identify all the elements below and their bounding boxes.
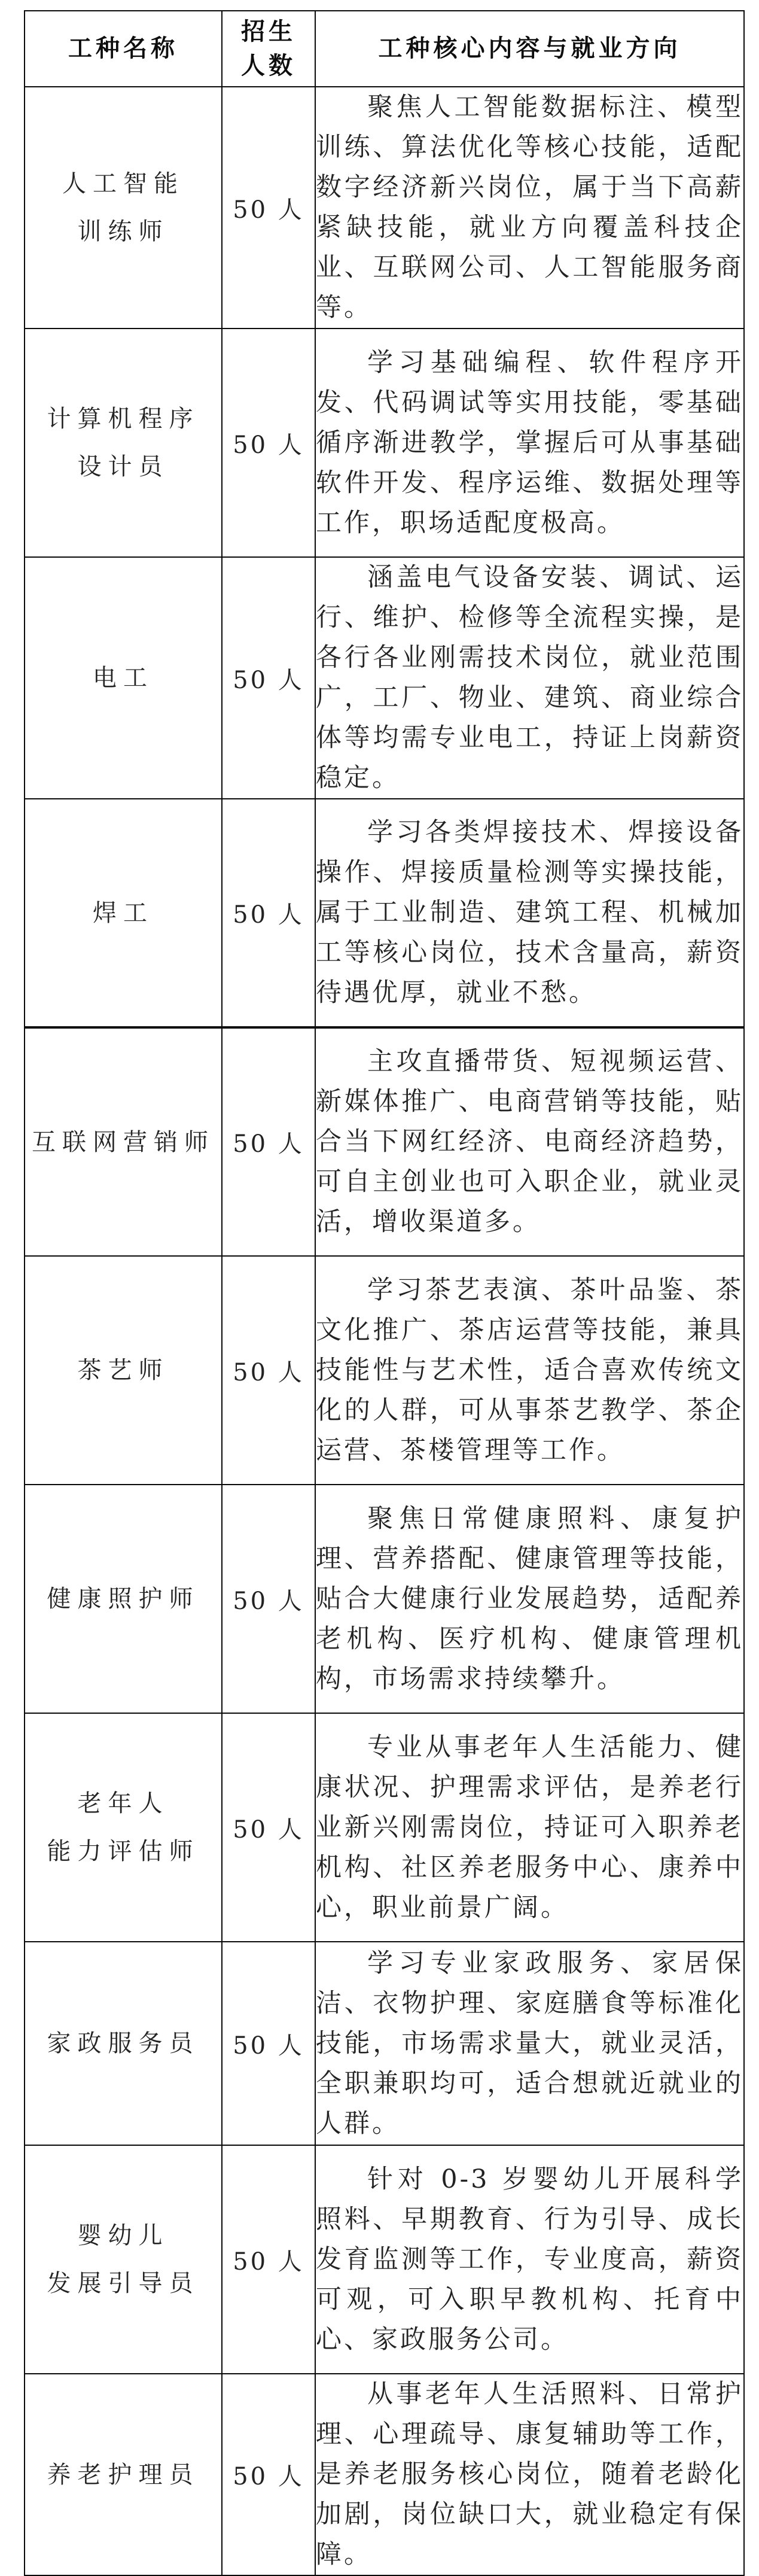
table-row: 老年人 能力评估师 50 人 专业从事老年人生活能力、健康状况、护理需求评估，是…: [25, 1713, 744, 1942]
job-name-cell: 养老护理员: [25, 2374, 222, 2575]
header-job-name: 工种名称: [25, 11, 222, 87]
table-row: 计算机程序 设计员 50 人 学习基础编程、软件程序开发、代码调试等实用技能，零…: [25, 329, 744, 557]
job-name-cell: 婴幼儿 发展引导员: [25, 2145, 222, 2374]
description-cell: 聚焦日常健康照料、康复护理、营养搭配、健康管理等技能，贴合大健康行业发展趋势，适…: [315, 1485, 744, 1713]
description-cell: 主攻直播带货、短视频运营、新媒体推广、电商营销等技能，贴合当下网红经济、电商经济…: [315, 1027, 744, 1256]
job-name-cell: 健康照护师: [25, 1485, 222, 1713]
job-name-cell: 茶艺师: [25, 1256, 222, 1485]
description-cell: 学习茶艺表演、茶叶品鉴、茶文化推广、茶店运营等技能，兼具技能性与艺术性，适合喜欢…: [315, 1256, 744, 1485]
enrollment-cell: 50 人: [222, 1942, 315, 2145]
table-body: 人工智能 训练师 50 人 聚焦人工智能数据标注、模型训练、算法优化等核心技能，…: [25, 87, 744, 2575]
description-cell: 针对 0-3 岁婴幼儿开展科学照料、早期教育、行为引导、成长发育监测等工作，专业…: [315, 2145, 744, 2374]
document-sheet: 工种名称 招生 人数 工种核心内容与就业方向 人工智能 训练师 50 人 聚焦人…: [24, 10, 745, 2576]
table-row: 家政服务员 50 人 学习专业家政服务、家居保洁、衣物护理、家庭膳食等标准化技能…: [25, 1942, 744, 2145]
table-row: 焊工 50 人 学习各类焊接技术、焊接设备操作、焊接质量检测等实操技能，属于工业…: [25, 799, 744, 1027]
enrollment-cell: 50 人: [222, 1027, 315, 1256]
table-row: 养老护理员 50 人 从事老年人生活照料、日常护理、心理疏导、康复辅助等工作，是…: [25, 2374, 744, 2575]
description-cell: 学习专业家政服务、家居保洁、衣物护理、家庭膳食等标准化技能，市场需求量大，就业灵…: [315, 1942, 744, 2145]
table-row: 婴幼儿 发展引导员 50 人 针对 0-3 岁婴幼儿开展科学照料、早期教育、行为…: [25, 2145, 744, 2374]
description-cell: 涵盖电气设备安装、调试、运行、维护、检修等全流程实操，是各行各业刚需技术岗位，就…: [315, 557, 744, 799]
job-name-cell: 焊工: [25, 799, 222, 1027]
description-cell: 学习基础编程、软件程序开发、代码调试等实用技能，零基础循序渐进教学，掌握后可从事…: [315, 329, 744, 557]
job-name-cell: 电工: [25, 557, 222, 799]
enrollment-cell: 50 人: [222, 557, 315, 799]
job-name-cell: 家政服务员: [25, 1942, 222, 2145]
table-row: 茶艺师 50 人 学习茶艺表演、茶叶品鉴、茶文化推广、茶店运营等技能，兼具技能性…: [25, 1256, 744, 1485]
enrollment-cell: 50 人: [222, 799, 315, 1027]
job-name-cell: 人工智能 训练师: [25, 87, 222, 329]
enrollment-cell: 50 人: [222, 1485, 315, 1713]
enrollment-cell: 50 人: [222, 329, 315, 557]
table-header-row: 工种名称 招生 人数 工种核心内容与就业方向: [25, 11, 744, 87]
header-enrollment: 招生 人数: [222, 11, 315, 87]
table-row: 电工 50 人 涵盖电气设备安装、调试、运行、维护、检修等全流程实操，是各行各业…: [25, 557, 744, 799]
description-cell: 从事老年人生活照料、日常护理、心理疏导、康复辅助等工作，是养老服务核心岗位，随着…: [315, 2374, 744, 2575]
jobs-table: 工种名称 招生 人数 工种核心内容与就业方向 人工智能 训练师 50 人 聚焦人…: [24, 10, 745, 2576]
table-row: 健康照护师 50 人 聚焦日常健康照料、康复护理、营养搭配、健康管理等技能，贴合…: [25, 1485, 744, 1713]
description-cell: 聚焦人工智能数据标注、模型训练、算法优化等核心技能，适配数字经济新兴岗位，属于当…: [315, 87, 744, 329]
enrollment-cell: 50 人: [222, 1256, 315, 1485]
enrollment-cell: 50 人: [222, 2145, 315, 2374]
table-row: 互联网营销师 50 人 主攻直播带货、短视频运营、新媒体推广、电商营销等技能，贴…: [25, 1027, 744, 1256]
job-name-cell: 互联网营销师: [25, 1027, 222, 1256]
enrollment-cell: 50 人: [222, 2374, 315, 2575]
header-description: 工种核心内容与就业方向: [315, 11, 744, 87]
table-row: 人工智能 训练师 50 人 聚焦人工智能数据标注、模型训练、算法优化等核心技能，…: [25, 87, 744, 329]
job-name-cell: 老年人 能力评估师: [25, 1713, 222, 1942]
enrollment-cell: 50 人: [222, 1713, 315, 1942]
description-cell: 学习各类焊接技术、焊接设备操作、焊接质量检测等实操技能，属于工业制造、建筑工程、…: [315, 799, 744, 1027]
description-cell: 专业从事老年人生活能力、健康状况、护理需求评估，是养老行业新兴刚需岗位，持证可入…: [315, 1713, 744, 1942]
job-name-cell: 计算机程序 设计员: [25, 329, 222, 557]
enrollment-cell: 50 人: [222, 87, 315, 329]
